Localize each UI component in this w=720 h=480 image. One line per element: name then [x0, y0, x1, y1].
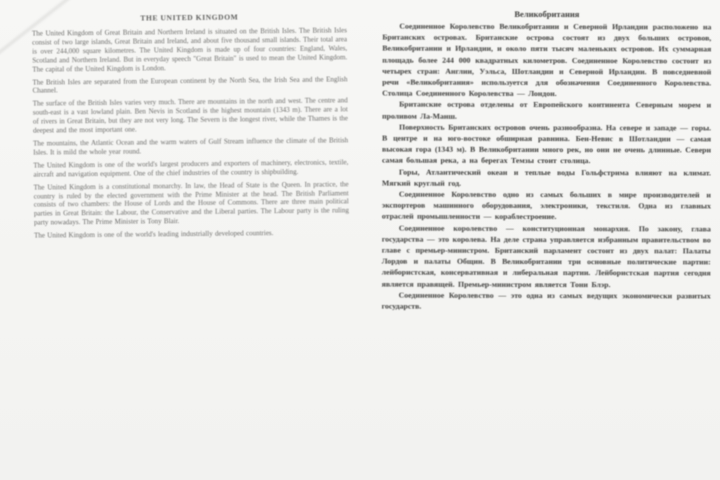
- left-paragraph-1: The United Kingdom of Great Britain and …: [32, 26, 347, 74]
- left-page-english: THE UNITED KINGDOM The United Kingdom of…: [32, 11, 349, 244]
- left-paragraph-5: The United Kingdom is one of the world's…: [33, 158, 348, 179]
- right-paragraph-4: Горы, Атлантический океан и теплые воды …: [382, 166, 711, 189]
- right-paragraph-1: Соединенное Королевство Великобритании и…: [382, 21, 711, 100]
- left-paragraph-4: The mountains, the Atlantic Ocean and th…: [33, 136, 348, 157]
- right-paragraph-5: Соединенное Королевство одно из самых бо…: [382, 189, 711, 223]
- left-paragraph-2: The British Isles are separated from the…: [32, 75, 347, 96]
- left-page-title: THE UNITED KINGDOM: [32, 11, 347, 23]
- right-paragraph-2: Британские острова отделены от Европейск…: [382, 99, 711, 122]
- right-page-title: Великобритания: [382, 9, 711, 20]
- right-paragraph-7: Соединенное Королевство — это одна из са…: [382, 289, 711, 312]
- scanned-document-photo: THE UNITED KINGDOM The United Kingdom of…: [0, 0, 720, 480]
- right-page-russian: Великобритания Соединенное Королевство В…: [382, 9, 712, 313]
- left-paragraph-6: The United Kingdom is a constitutional m…: [34, 180, 349, 228]
- right-paragraph-3: Поверхность Британских островов очень ра…: [382, 121, 711, 167]
- right-paragraph-6: Соединенное королевство — конституционна…: [382, 222, 711, 290]
- left-paragraph-3: The surface of the British Isles varies …: [33, 97, 348, 136]
- left-paragraph-7: The United Kingdom is one of the world's…: [34, 228, 349, 240]
